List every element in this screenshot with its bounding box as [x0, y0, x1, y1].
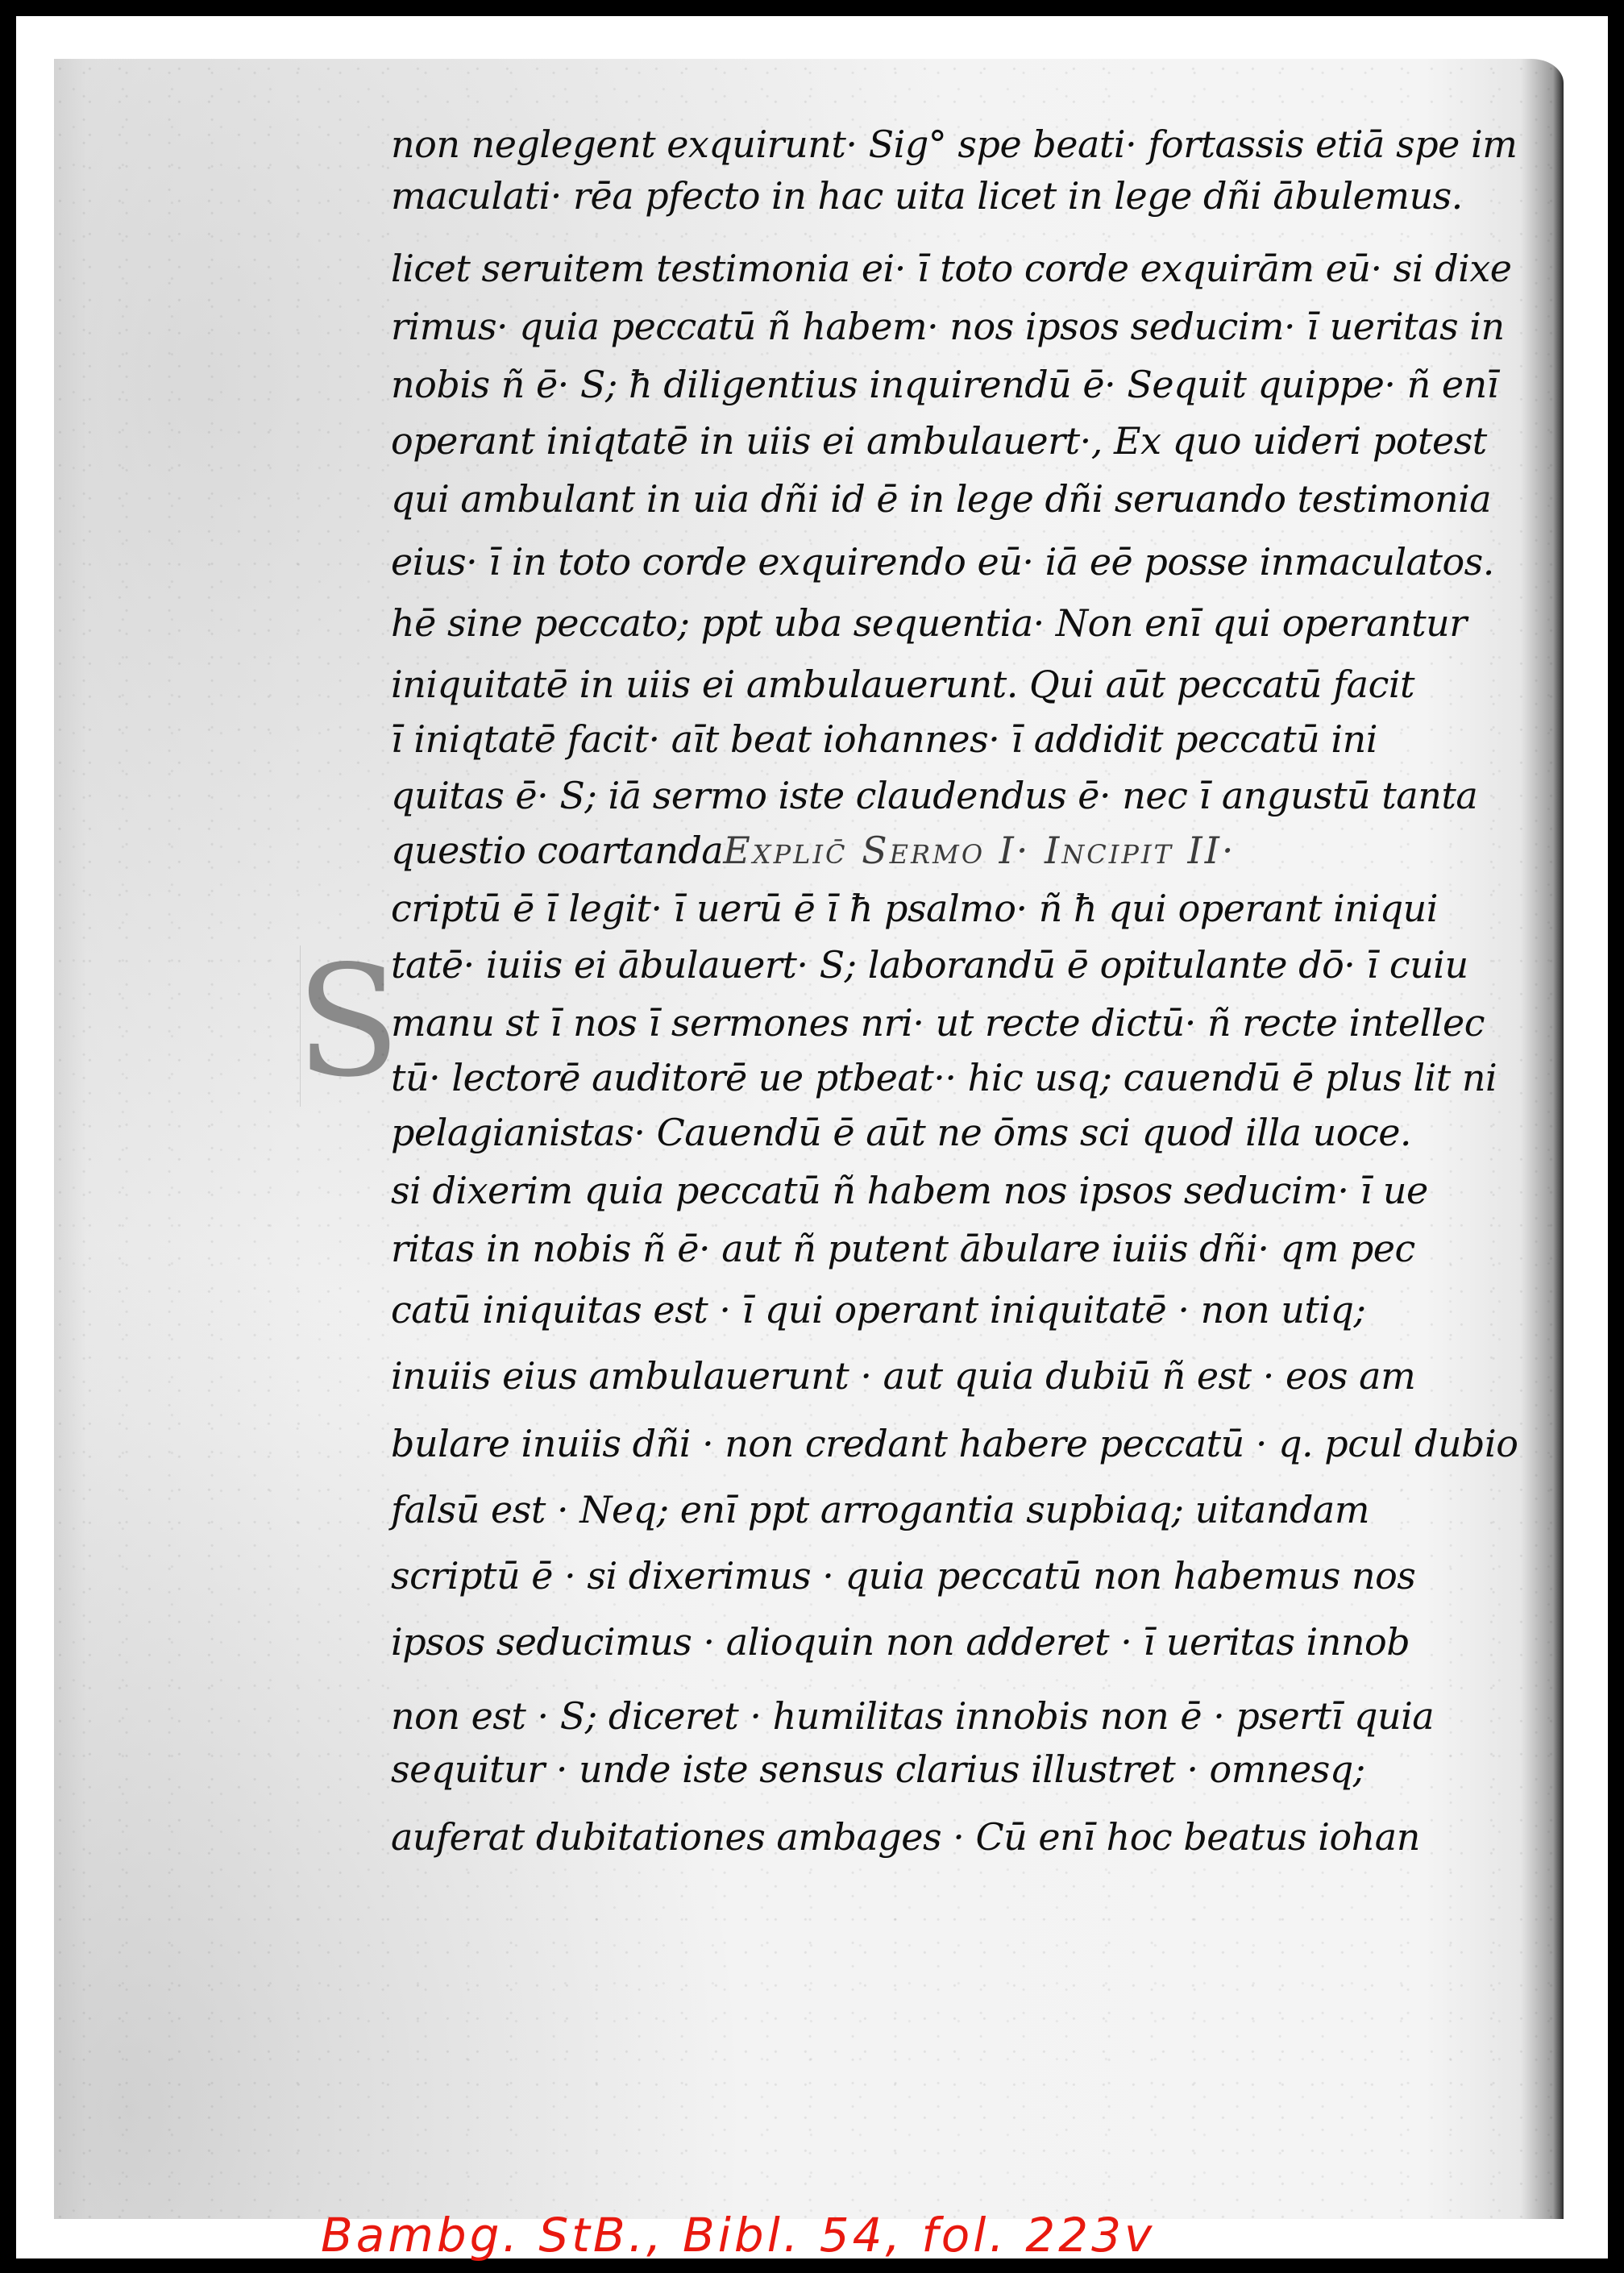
text-line: nobis ñ ē· S; ħ diligentius inquirendū ē…	[391, 362, 1584, 407]
text-line: eius· ī in toto corde exquirendo eū· iā …	[391, 539, 1584, 584]
text-line: hē sine peccato; ppt uba sequentia· Non …	[391, 600, 1584, 646]
text-line: inuiis eius ambulauerunt · aut quia dubi…	[391, 1353, 1584, 1398]
text-line: sequitur · unde iste sensus clarius illu…	[391, 1747, 1584, 1792]
text-line: maculati· rē̄a pfecto in hac uita licet …	[391, 173, 1584, 218]
text-line: scriptū ē · si dixerimus · quia peccatū …	[391, 1553, 1584, 1598]
text-line: non est · S; diceret · humilitas innobis…	[391, 1693, 1584, 1739]
text-line: tū· lectorē auditorē ue ptbeat·· hic usq…	[391, 1055, 1584, 1100]
text-block: non neglegent exquirunt· Sig° spe beati·…	[54, 59, 1564, 2219]
text-line: qui ambulant in uia dñi id ē in lege dñi…	[391, 476, 1584, 522]
text-line: ritas in nobis ñ ē· aut ñ putent ābulare…	[391, 1226, 1584, 1271]
text-line: non neglegent exquirunt· Sig° spe beati·…	[391, 122, 1584, 167]
text-line: licet seruitem testimonia ei· ī toto cor…	[391, 246, 1584, 291]
text-segment: questio coartanda	[391, 829, 723, 872]
text-line: auferat dubitationes ambages · Cū enī ho…	[391, 1814, 1584, 1860]
text-line: operant iniqtatē in uiis ei ambulauert·,…	[391, 418, 1584, 463]
text-line: iniquitatē in uiis ei ambulauerunt. Qui …	[391, 662, 1584, 707]
text-line: catū iniquitas est · ī qui operant iniqu…	[391, 1287, 1584, 1332]
text-line: si dixerim quia peccatū ñ habem nos ipso…	[391, 1168, 1584, 1213]
text-line: bulare inuiis dñi · non credant habere p…	[391, 1421, 1584, 1466]
text-line: falsū est · Neq; enī ppt arrogantia supb…	[391, 1487, 1584, 1532]
text-line: pelagianistas· Cauendū ē aūt ne ōms sci …	[391, 1110, 1584, 1155]
text-line: rimus· quia peccatū ñ habem· nos ipsos s…	[391, 304, 1584, 349]
text-line: ī iniqtatē facit· aīt beat iohannes· ī a…	[391, 717, 1584, 762]
text-line-with-rubric: questio coartandaExplic̄ Sermo I· Incipi…	[391, 828, 1584, 873]
manuscript-page: S non neglegent exquirunt· Sig° spe beat…	[54, 59, 1564, 2219]
text-line: manu st ī nos ī sermones nri· ut recte d…	[391, 1000, 1584, 1045]
rubric-heading: Explic̄ Sermo I· Incipit II·	[723, 829, 1236, 872]
text-line: quitas ē· S; iā sermo iste claudendus ē·…	[391, 773, 1584, 818]
text-line: criptū ē ī legit· ī uerū ē ī ħ psalmo· ñ…	[391, 886, 1584, 931]
shelfmark-caption: Bambg. StB., Bibl. 54, fol. 223v	[321, 2207, 1155, 2263]
text-line: ipsos seducimus · alioquin non adderet ·…	[391, 1619, 1584, 1664]
text-line: tatē· iuiis ei ābulauert· S; laborandū ē…	[391, 942, 1584, 987]
